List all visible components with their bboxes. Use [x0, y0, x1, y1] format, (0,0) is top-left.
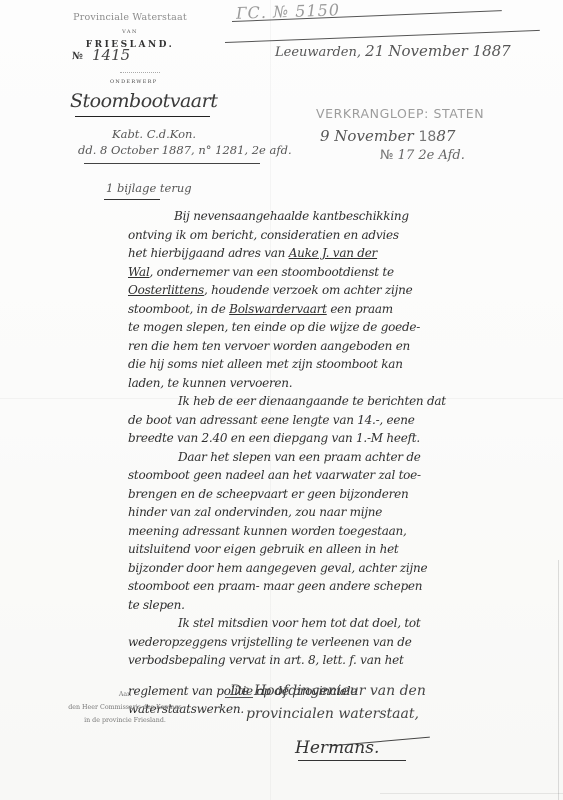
body-text-run: stoomboot, in de: [128, 302, 229, 316]
stamp-year-hand: 87: [436, 127, 455, 145]
body-line: brengen en de scheepvaart er geen bijzon…: [128, 485, 518, 504]
reference-kabinet: Kabt. C.d.Kon.: [112, 127, 196, 141]
receipt-stamp: VERKRANGLOEP: STATEN: [316, 106, 484, 121]
body-line: te slepen.: [128, 596, 518, 615]
body-line: [128, 670, 518, 682]
body-line: laden, te kunnen vervoeren.: [128, 374, 518, 393]
body-line: stoomboot een praam- maar geen andere sc…: [128, 577, 518, 596]
underlined-name: Oosterlittens: [128, 283, 204, 297]
underlined-name: Bolswardervaart: [229, 302, 327, 316]
attachment-note: 1 bijlage terug: [106, 181, 192, 195]
body-line: Daar het slepen van een praam achter de: [128, 448, 518, 467]
body-line: Bij nevensaangehaalde kantbeschikking: [128, 207, 518, 226]
closing-title-line2: provincialen waterstaat,: [246, 706, 419, 722]
subject-underline: [75, 116, 210, 117]
dotted-rule: [120, 72, 160, 73]
paper-edge: [380, 793, 563, 794]
reference-dated: dd. 8 October 1887, n° 1281, 2e afd.: [78, 143, 292, 157]
body-line: het hierbijgaand adres van Auke J. van d…: [128, 244, 518, 263]
body-text-run: , houdende verzoek om achter zijne: [204, 283, 412, 297]
body-line: stoomboot geen nadeel aan het vaarwater …: [128, 466, 518, 485]
closing-title-line1: De Hoofdingenieur van den: [230, 683, 426, 699]
body-line: hinder van zal ondervinden, zou naar mij…: [128, 503, 518, 522]
body-line: die hij soms niet alleen met zijn stoomb…: [128, 355, 518, 374]
place-date: Leeuwarden, 21 November 1887: [275, 42, 511, 60]
body-text-run: wederopzeggens vrijstelling te verleenen…: [128, 635, 412, 649]
letterhead-number-label: №: [72, 51, 83, 62]
body-text-run: stoomboot geen nadeel aan het vaarwater …: [128, 468, 421, 482]
body-text-run: meening adressant kunnen worden toegesta…: [128, 524, 407, 538]
body-line: wederopzeggens vrijstelling te verleenen…: [128, 633, 518, 652]
body-text-run: stoomboot een praam- maar geen andere sc…: [128, 579, 422, 593]
body-text-run: het hierbijgaand adres van: [128, 246, 289, 260]
body-line: stoomboot, in de Bolswardervaart een pra…: [128, 300, 518, 319]
reference-underline: [84, 163, 260, 164]
stamp-date: 9 November 1887: [320, 127, 455, 145]
body-text-run: hinder van zal ondervinden, zou naar mij…: [128, 505, 382, 519]
body-text-run: brengen en de scheepvaart er geen bijzon…: [128, 487, 408, 501]
body-text-run: te mogen slepen, ten einde op die wijze …: [128, 320, 420, 334]
body-line: uitsluitend voor eigen gebruik en alleen…: [128, 540, 518, 559]
body-line: breedte van 2.40 en een diepgang van 1.-…: [128, 429, 518, 448]
body-line: meening adressant kunnen worden toegesta…: [128, 522, 518, 541]
subject-label: ONDERWERP: [110, 79, 157, 85]
subject-handwritten: Stoombootvaart: [70, 90, 217, 112]
body-line: ren die hem ten vervoer worden aangebode…: [128, 337, 518, 356]
body-line: ontving ik om bericht, consideratien en …: [128, 226, 518, 245]
letter-body: Bij nevensaangehaalde kantbeschikkingont…: [128, 207, 518, 719]
signature-underline: [298, 760, 406, 761]
body-line: te mogen slepen, ten einde op die wijze …: [128, 318, 518, 337]
body-line: bijzonder door hem aangegeven geval, ach…: [128, 559, 518, 578]
body-text-run: , ondernemer van een stoombootdienst te: [150, 265, 394, 279]
letterhead-van: VAN: [60, 29, 200, 35]
attachment-underline: [104, 199, 160, 200]
body-text-run: Daar het slepen van een praam achter de: [178, 450, 421, 464]
body-text-run: ren die hem ten vervoer worden aangebode…: [128, 339, 410, 353]
stamp-date-hand: 9 November: [320, 127, 414, 145]
body-text-run: Bij nevensaangehaalde kantbeschikking: [174, 209, 409, 223]
body-line: Wal, ondernemer van een stoombootdienst …: [128, 263, 518, 282]
body-text-run: Ik heb de eer dienaangaande te berichten…: [178, 394, 446, 408]
stamp-number-label: №: [380, 148, 394, 163]
body-line: Ik stel mitsdien voor hem tot dat doel, …: [128, 614, 518, 633]
body-line: verbodsbepaling vervat in art. 8, lett. …: [128, 651, 518, 670]
stamp-number-hand: 17 2e Afd.: [398, 148, 465, 163]
body-text-run: bijzonder door hem aangegeven geval, ach…: [128, 561, 427, 575]
paper-edge: [558, 560, 559, 800]
body-text-run: te slepen.: [128, 598, 185, 612]
body-text-run: Ik stel mitsdien voor hem tot dat doel, …: [178, 616, 420, 630]
stamp-year-printed: 18: [418, 129, 436, 145]
body-text-run: laden, te kunnen vervoeren.: [128, 376, 292, 390]
month-year: November 1887: [388, 42, 510, 60]
addressee: Aan den Heer Commissaris des Konings in …: [66, 688, 184, 727]
body-line: Oosterlittens, houdende verzoek om achte…: [128, 281, 518, 300]
body-text-run: een praam: [327, 302, 393, 316]
letterhead: Provinciale Waterstaat VAN FRIESLAND.: [60, 12, 200, 50]
body-text-run: ontving ik om bericht, consideratien en …: [128, 228, 399, 242]
day: 21: [365, 42, 384, 60]
body-text-run: uitsluitend voor eigen gebruik en alleen…: [128, 542, 399, 556]
body-text-run: verbodsbepaling vervat in art. 8, lett. …: [128, 653, 404, 667]
addressee-line: in de provincie Friesland.: [66, 714, 184, 727]
stamp-number: № 17 2e Afd.: [380, 148, 465, 163]
addressee-line: den Heer Commissaris des Konings: [66, 701, 184, 714]
body-line: Ik heb de eer dienaangaande te berichten…: [128, 392, 518, 411]
letterhead-organization: Provinciale Waterstaat: [60, 12, 200, 23]
body-text-run: breedte van 2.40 en een diepgang van 1.-…: [128, 431, 420, 445]
body-line: de boot van adressant eene lengte van 14…: [128, 411, 518, 430]
letterhead-number-value: 1415: [92, 46, 130, 64]
signature: Hermans.: [295, 738, 379, 758]
place: Leeuwarden,: [275, 45, 361, 60]
underlined-name: Auke J. van der: [289, 246, 377, 260]
body-text-run: die hij soms niet alleen met zijn stoomb…: [128, 357, 403, 371]
body-text-run: de boot van adressant eene lengte van 14…: [128, 413, 415, 427]
document-page: Provinciale Waterstaat VAN FRIESLAND. № …: [0, 0, 563, 800]
addressee-line: Aan: [66, 688, 184, 701]
underlined-name: Wal: [128, 265, 150, 279]
